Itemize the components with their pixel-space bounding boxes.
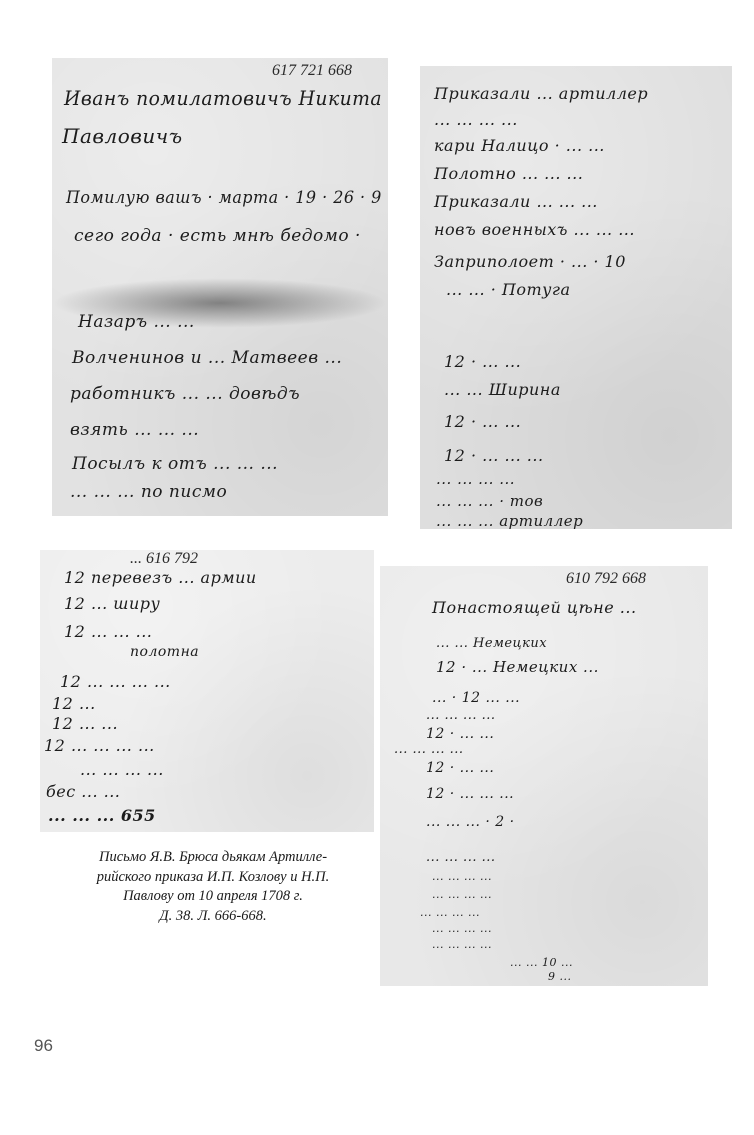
- manuscript-line: 12 перевезъ ... армии: [64, 568, 257, 587]
- folio-number: 610 792 668: [566, 570, 646, 588]
- manuscript-line: ... ... Ширина: [444, 380, 561, 399]
- manuscript-line: ... ... ... ...: [420, 906, 480, 919]
- caption-line: Письмо Я.В. Брюса дьякам Артилле-: [48, 848, 378, 868]
- manuscript-page-3: ... 616 792 12 перевезъ ... армии 12 ...…: [40, 550, 374, 832]
- page-number: 96: [34, 1036, 53, 1056]
- manuscript-line: ... ... ... 655: [48, 806, 156, 825]
- manuscript-line: ... ... ... ...: [394, 742, 464, 757]
- manuscript-line: кари Налицо · ... ...: [434, 136, 605, 155]
- manuscript-line: Приказали ... артиллер: [434, 84, 648, 103]
- manuscript-line: сего года · есть мнѣ бедомо ·: [74, 226, 361, 246]
- manuscript-line: 12 · ... ... ...: [426, 786, 514, 802]
- manuscript-line: 12 ... ... ... ...: [60, 672, 171, 691]
- manuscript-line: ... ... ... · тов: [436, 492, 543, 510]
- manuscript-line: ... ... ... ...: [426, 850, 496, 865]
- manuscript-line: взять ... ... ...: [70, 420, 199, 440]
- manuscript-line: Заприполоет · ... · 10: [434, 252, 626, 271]
- manuscript-line: ... ... ... по писмо: [70, 482, 227, 502]
- manuscript-line: ... ... ... ...: [426, 708, 496, 723]
- manuscript-line: полотна: [130, 644, 199, 660]
- manuscript-line: 12 ... ... ... ...: [44, 736, 155, 755]
- manuscript-line: 12 · ... ...: [444, 352, 521, 371]
- manuscript-line: Понастоящей цѣне ...: [432, 598, 637, 617]
- manuscript-line: 9 ...: [548, 970, 572, 983]
- manuscript-line: ... ... ... ...: [432, 922, 492, 935]
- manuscript-line: ... ... ... ...: [432, 870, 492, 883]
- caption-line: Д. 38. Л. 666-668.: [48, 907, 378, 927]
- manuscript-line: ... ... ... ...: [80, 760, 164, 779]
- manuscript-line: ... ... ... артиллер: [436, 512, 583, 529]
- folio-number: ... 616 792: [130, 550, 198, 568]
- manuscript-line: 12 ... ...: [52, 714, 118, 733]
- manuscript-line: Назаръ ... ...: [78, 312, 195, 332]
- manuscript-line: 12 · ... Немецких ...: [436, 658, 599, 676]
- manuscript-page-1: 617 721 668 Иванъ помилатовичъ Никита Па…: [52, 58, 388, 516]
- manuscript-line: ... ... ... ...: [432, 938, 492, 951]
- manuscript-line: 12 · ... ... ...: [444, 446, 544, 465]
- manuscript-line: работникъ ... ... довѣдъ: [70, 384, 300, 404]
- manuscript-line: Посылъ к отъ ... ... ...: [72, 454, 278, 474]
- manuscript-line: Волченинов и ... Матвеев ...: [72, 348, 342, 368]
- manuscript-line: 12 · ... ...: [426, 726, 494, 742]
- manuscript-line: ... ... Немецких: [436, 636, 547, 651]
- caption-line: рийского приказа И.П. Козлову и Н.П.: [48, 868, 378, 888]
- manuscript-line: ... ... ... ...: [432, 888, 492, 901]
- manuscript-line: ... · 12 ... ...: [432, 690, 520, 706]
- manuscript-line: ... ... ... ...: [434, 110, 518, 129]
- manuscript-line: ... ... ... ...: [436, 470, 515, 488]
- manuscript-line: 12 ...: [52, 694, 96, 713]
- folio-number: 617 721 668: [272, 62, 352, 80]
- manuscript-line: ... ... ... · 2 ·: [426, 814, 515, 830]
- figure-caption: Письмо Я.В. Брюса дьякам Артилле- рийско…: [48, 848, 378, 926]
- manuscript-line: ... ... · Потуга: [446, 280, 571, 299]
- manuscript-page-2: Приказали ... артиллер ... ... ... ... к…: [420, 66, 732, 529]
- manuscript-line: 12 · ... ...: [426, 760, 494, 776]
- manuscript-line: 12 ... ширу: [64, 594, 160, 613]
- manuscript-line: Полотно ... ... ...: [434, 164, 583, 183]
- manuscript-line: Приказали ... ... ...: [434, 192, 598, 211]
- manuscript-line: ... ... 10 ...: [510, 956, 573, 969]
- manuscript-line: 12 · ... ...: [444, 412, 521, 431]
- manuscript-line: новъ военныхъ ... ... ...: [434, 220, 635, 239]
- caption-line: Павлову от 10 апреля 1708 г.: [48, 887, 378, 907]
- manuscript-line: Помилую вашъ · марта · 19 · 26 · 9: [66, 188, 382, 208]
- manuscript-line: бес ... ...: [46, 782, 120, 801]
- manuscript-line: Иванъ помилатовичъ Никита: [64, 86, 382, 110]
- manuscript-page-4: 610 792 668 Понастоящей цѣне ... ... ...…: [380, 566, 708, 986]
- manuscript-line: 12 ... ... ...: [64, 622, 152, 641]
- manuscript-line: Павловичъ: [62, 124, 183, 148]
